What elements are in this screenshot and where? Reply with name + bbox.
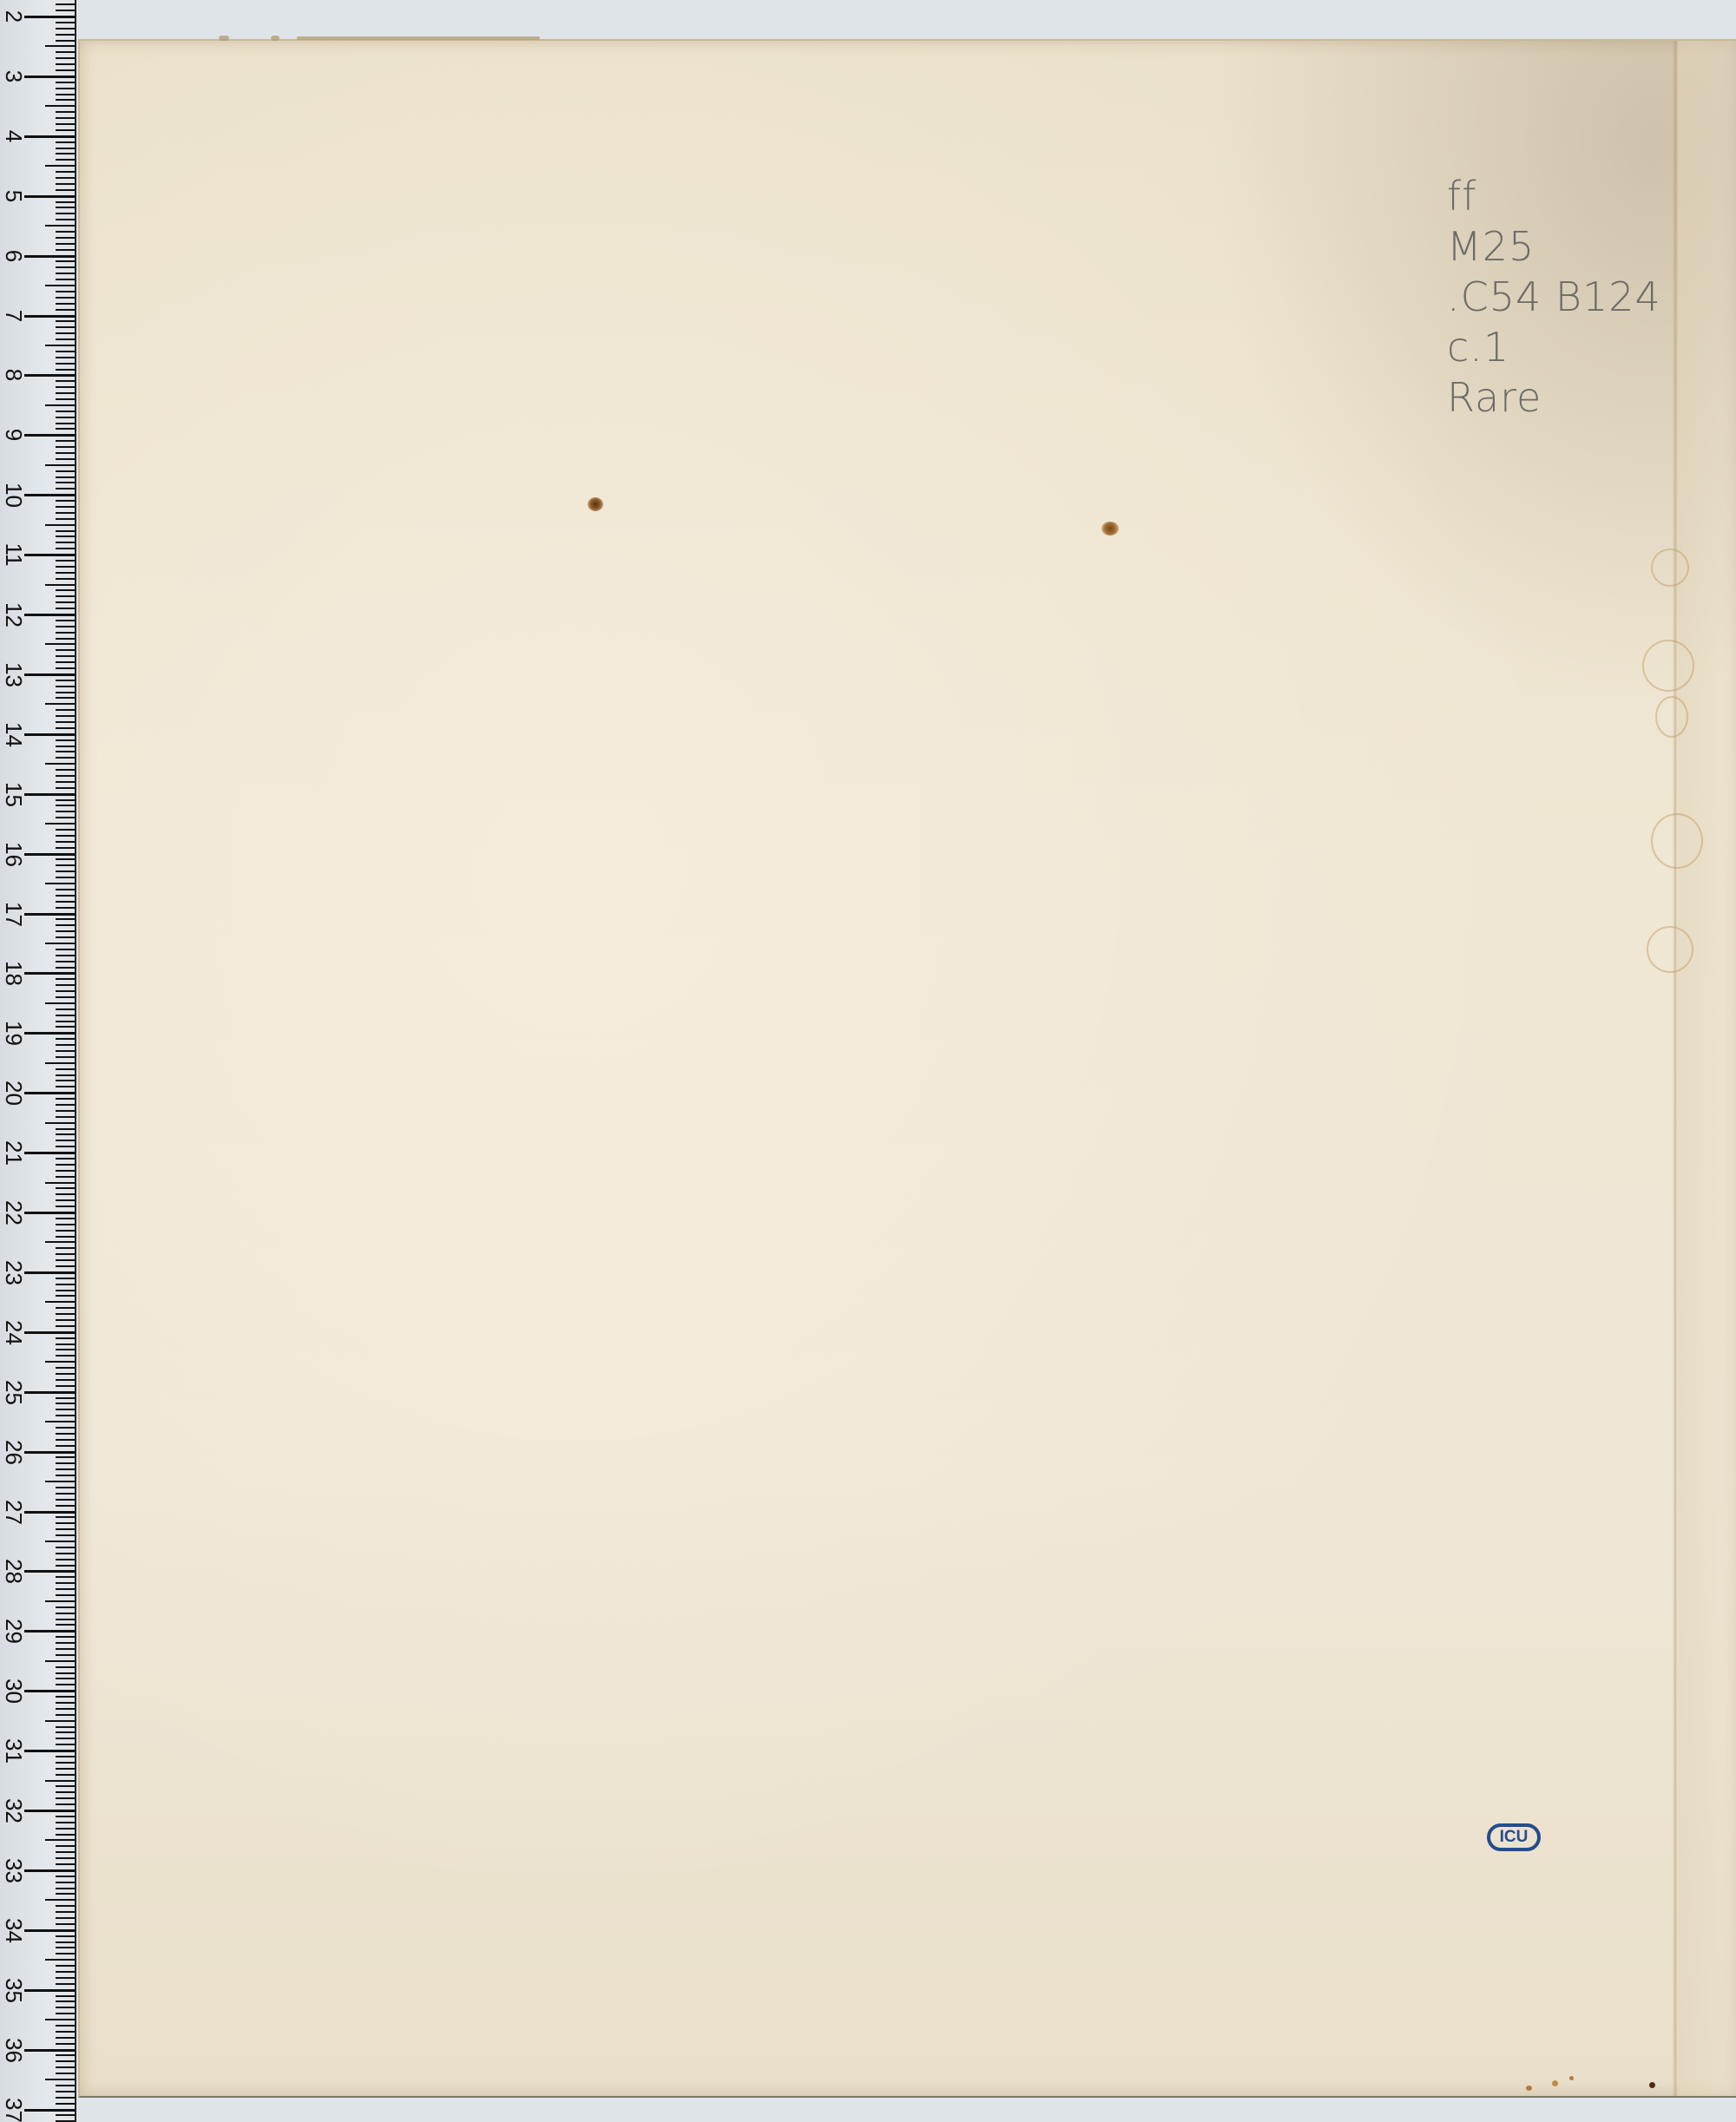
ruler-tick (56, 1445, 75, 1447)
ruler-tick (56, 1385, 75, 1387)
ruler-label: 28 (2, 1559, 26, 1583)
ruler-tick (56, 1325, 75, 1327)
ruler-tick (45, 1421, 75, 1422)
ruler-tick (56, 1731, 75, 1733)
ruler-tick (56, 512, 75, 514)
ruler-tick (56, 1505, 75, 1507)
ruler-tick (56, 542, 75, 543)
ruler-tick (24, 1690, 75, 1692)
ruler-tick (56, 1756, 75, 1757)
ruler-tick (56, 148, 75, 149)
ruler-tick (45, 1959, 75, 1961)
ruler-tick (56, 967, 75, 969)
ruler-tick (56, 111, 75, 113)
ruler-tick (56, 961, 75, 962)
ruler-tick (56, 1021, 75, 1022)
ruler-label: 19 (2, 1021, 26, 1045)
water-stain (1651, 549, 1689, 587)
ruler-tick (56, 661, 75, 663)
ruler-label: 12 (2, 602, 26, 627)
ruler-tick (56, 1230, 75, 1232)
ruler-tick (24, 1152, 75, 1154)
ruler-tick (56, 1977, 75, 1979)
ruler-tick (56, 1947, 75, 1948)
ruler-tick (56, 1828, 75, 1830)
ruler-tick (56, 1462, 75, 1464)
ruler-tick (56, 320, 75, 322)
ruler-tick (56, 171, 75, 173)
ruler-tick (56, 63, 75, 65)
ruler-tick (45, 1062, 75, 1064)
ruler-tick (56, 949, 75, 950)
ruler-label: 24 (2, 1320, 26, 1344)
ruler-tick (24, 1750, 75, 1752)
call-number-line: M25 (1447, 221, 1673, 272)
ruler-tick (56, 1768, 75, 1770)
ruler-tick (56, 1785, 75, 1787)
ruler-tick (56, 1367, 75, 1369)
call-number-line: .C54 B124 (1447, 272, 1673, 322)
ruler-tick (45, 45, 75, 47)
ruler-tick (56, 870, 75, 872)
ruler-tick (45, 823, 75, 824)
ruler-tick (56, 1876, 75, 1877)
ruler-label: 37 (2, 2098, 26, 2122)
ruler-tick (56, 57, 75, 59)
ruler-tick (56, 357, 75, 358)
ruler-tick (24, 195, 75, 198)
ruler-tick (56, 249, 75, 251)
ruler-tick (45, 1660, 75, 1662)
ruler-tick (56, 1791, 75, 1793)
ruler-tick (56, 1409, 75, 1410)
ruler-tick (24, 1929, 75, 1932)
ruler-label: 36 (2, 2038, 26, 2062)
ruler-label: 25 (2, 1380, 26, 1404)
ruler-tick (56, 829, 75, 831)
call-number-line: ff (1447, 171, 1673, 221)
ruler-label: 11 (2, 542, 26, 567)
ruler-tick (56, 1516, 75, 1518)
ruler-tick (56, 1493, 75, 1495)
ruler-tick (56, 1176, 75, 1178)
ruler-tick (56, 1373, 75, 1375)
ruler-tick (56, 757, 75, 759)
ruler-tick (24, 76, 75, 78)
ruler-tick (45, 883, 75, 884)
ruler-tick (24, 1271, 75, 1274)
ruler-tick (56, 1726, 75, 1728)
ruler-tick (45, 524, 75, 526)
ruler-tick (56, 2114, 75, 2116)
ruler-tick (56, 1893, 75, 1895)
ruler-tick (56, 2060, 75, 2062)
ruler-tick (56, 458, 75, 460)
ruler-label: 13 (2, 662, 26, 687)
ruler-tick (56, 423, 75, 424)
ruler-tick (56, 1905, 75, 1907)
ruler-tick (56, 518, 75, 520)
foxing-spot (1552, 2080, 1558, 2086)
ruler-tick (24, 733, 75, 736)
ruler-tick (56, 817, 75, 818)
ruler-tick (24, 1869, 75, 1872)
ruler-tick (56, 1666, 75, 1668)
ruler-tick (24, 255, 75, 258)
ruler-tick (56, 2000, 75, 2002)
ruler-tick (56, 1917, 75, 1919)
ruler-tick (56, 626, 75, 627)
ruler-tick (56, 452, 75, 454)
ruler-tick (56, 548, 75, 549)
ruler-tick (56, 82, 75, 83)
ruler-tick (56, 1146, 75, 1147)
ruler-label: 30 (2, 1679, 26, 1703)
ruler-tick (45, 285, 75, 286)
fold-flap (1678, 41, 1736, 2096)
ruler-tick (56, 566, 75, 568)
ruler-tick (24, 1092, 75, 1094)
ruler-tick (56, 243, 75, 245)
ruler-tick (56, 1164, 75, 1166)
ruler-tick (56, 69, 75, 71)
ruler-tick (56, 1594, 75, 1596)
ruler-label: 35 (2, 1978, 26, 2002)
ruler-tick (24, 1331, 75, 1334)
ruler-label: 31 (2, 1738, 26, 1763)
ruler-tick (56, 153, 75, 154)
ruler-tick (56, 1971, 75, 1973)
ruler-tick (56, 918, 75, 920)
ruler-tick (56, 398, 75, 400)
ruler-tick (56, 984, 75, 986)
ruler-tick (56, 727, 75, 729)
ruler-tick (56, 990, 75, 992)
ruler-tick (56, 1086, 75, 1087)
ruler-tick (56, 1128, 75, 1130)
water-stain (1651, 813, 1703, 869)
water-stain (1642, 640, 1694, 692)
ruler-tick (56, 589, 75, 591)
ruler-tick (56, 417, 75, 418)
ruler-tick (56, 1038, 75, 1040)
ruler-tick (56, 1278, 75, 1279)
ruler-tick (56, 858, 75, 860)
ruler-tick (56, 1499, 75, 1501)
ruler-label: 21 (2, 1140, 26, 1165)
ruler-tick (56, 392, 75, 394)
ruler-tick (56, 721, 75, 723)
ruler-label: 2 (2, 4, 26, 29)
ruler-tick (56, 1816, 75, 1817)
ruler-tick (56, 1708, 75, 1710)
ruler-tick (56, 40, 75, 42)
ruler-tick (56, 1534, 75, 1536)
ruler-tick (45, 2079, 75, 2080)
ruler-tick (24, 16, 75, 18)
ruler-label: 10 (2, 483, 26, 507)
ruler-tick (56, 578, 75, 580)
ruler-tick (45, 1839, 75, 1841)
ruler-tick (24, 793, 75, 796)
ruler-tick (56, 1284, 75, 1285)
ruler-tick (24, 1810, 75, 1812)
ruler-tick (56, 535, 75, 537)
edge-fray (219, 36, 229, 41)
ruler-tick (56, 996, 75, 998)
ruler-tick (56, 1343, 75, 1345)
ruler-tick (56, 237, 75, 239)
foxing-spot (588, 497, 603, 511)
ruler-tick (45, 1301, 75, 1303)
ruler-tick (56, 751, 75, 752)
ruler-tick (56, 686, 75, 687)
ruler-tick (56, 266, 75, 268)
ruler-tick (56, 2066, 75, 2068)
ruler-tick (56, 638, 75, 640)
ruler-label: 4 (2, 124, 26, 148)
ruler-tick (56, 1224, 75, 1225)
ruler-tick (56, 177, 75, 179)
ruler-tick (24, 1032, 75, 1035)
ruler-tick (24, 614, 75, 616)
edge-fray (271, 36, 279, 41)
ruler-tick (56, 697, 75, 699)
ruler-tick (56, 2091, 75, 2092)
ruler-tick (56, 219, 75, 220)
ruler-tick (56, 440, 75, 442)
ruler-tick (56, 1983, 75, 1985)
ruler-tick (45, 643, 75, 645)
ruler-tick (56, 1911, 75, 1913)
ruler-tick (56, 1553, 75, 1554)
ruler-tick (56, 907, 75, 909)
ruler-tick (56, 1851, 75, 1853)
ruler-tick (24, 673, 75, 676)
ruler-label: 5 (2, 184, 26, 208)
ruler-tick (56, 428, 75, 430)
ruler-tick (56, 1953, 75, 1954)
ruler-tick (56, 1313, 75, 1315)
foxing-spot (1101, 522, 1119, 535)
ruler-tick (56, 1684, 75, 1685)
ruler-tick (56, 1199, 75, 1201)
ruler-tick (56, 213, 75, 214)
ruler-tick (56, 1253, 75, 1255)
ruler-tick (56, 369, 75, 371)
ruler-tick (45, 1899, 75, 1901)
ruler-tick (56, 2007, 75, 2008)
ruler-tick (56, 273, 75, 274)
ruler-tick (56, 1522, 75, 1524)
measurement-ruler: 2345678910111213141516171819202122232425… (0, 0, 76, 2122)
ruler-tick (56, 1702, 75, 1704)
ruler-tick (24, 1391, 75, 1394)
ruler-tick (56, 500, 75, 502)
ruler-tick (24, 1451, 75, 1454)
ruler-tick (56, 1403, 75, 1404)
ruler-tick (45, 1361, 75, 1363)
ruler-tick (56, 1565, 75, 1567)
ruler-label: 9 (2, 423, 26, 447)
ruler-tick (56, 1236, 75, 1238)
water-stain (1647, 926, 1693, 973)
ruler-tick (56, 901, 75, 903)
ruler-tick (56, 1193, 75, 1195)
ruler-tick (56, 2097, 75, 2099)
ruler-tick (56, 51, 75, 53)
ruler-tick (56, 1247, 75, 1249)
ruler-tick (24, 2109, 75, 2112)
ruler-tick (45, 2019, 75, 2020)
ruler-tick (24, 1511, 75, 1514)
ruler-tick (56, 117, 75, 119)
water-stain (1655, 696, 1688, 738)
ruler-tick (56, 847, 75, 849)
ruler-tick (24, 853, 75, 856)
ruler-tick (56, 1259, 75, 1261)
ruler-tick (24, 434, 75, 437)
ruler-tick (56, 260, 75, 262)
ruler-tick (24, 1212, 75, 1214)
ruler-tick (24, 554, 75, 556)
ruler-tick (56, 1487, 75, 1488)
ruler-tick (56, 1696, 75, 1698)
ruler-tick (56, 291, 75, 292)
ruler-tick (56, 1714, 75, 1716)
foxing-spot (1649, 2082, 1655, 2088)
ruler-tick (56, 141, 75, 143)
ruler-tick (56, 1397, 75, 1399)
ruler-tick (56, 781, 75, 783)
ruler-tick (56, 506, 75, 508)
ruler-tick (56, 411, 75, 412)
ruler-tick (56, 805, 75, 806)
ruler-label: 3 (2, 64, 26, 89)
ruler-tick (56, 1822, 75, 1823)
ruler-tick (24, 494, 75, 496)
call-number-line: c.1 (1447, 322, 1673, 372)
ruler-tick (45, 404, 75, 406)
ruler-tick (56, 1606, 75, 1608)
ruler-tick (56, 1439, 75, 1441)
ruler-tick (56, 1170, 75, 1172)
ruler-tick (56, 1803, 75, 1805)
ruler-tick (56, 326, 75, 328)
ruler-tick (56, 680, 75, 681)
ruler-tick (56, 1582, 75, 1584)
call-number-annotation: ff M25 .C54 B124 c.1 Rare (1447, 171, 1673, 423)
ruler-tick (56, 231, 75, 233)
ruler-tick (56, 835, 75, 837)
ruler-tick (45, 763, 75, 765)
ruler-tick (56, 380, 75, 382)
ruler-tick (45, 943, 75, 944)
ruler-tick (45, 703, 75, 705)
foxing-spot (1526, 2086, 1532, 2091)
ruler-label: 32 (2, 1798, 26, 1823)
ruler-label: 33 (2, 1858, 26, 1882)
ruler-tick (24, 135, 75, 138)
ruler-tick (56, 1026, 75, 1028)
ruler-tick (56, 1619, 75, 1620)
ruler-tick (56, 930, 75, 932)
ruler-tick (45, 1122, 75, 1124)
ruler-tick (56, 1319, 75, 1321)
ruler-tick (56, 1110, 75, 1112)
ruler-tick (56, 1654, 75, 1656)
ruler-tick (56, 1068, 75, 1070)
ruler-tick (56, 88, 75, 89)
ruler-tick (56, 446, 75, 448)
ruler-tick (24, 972, 75, 975)
ruler-tick (56, 895, 75, 897)
ruler-tick (56, 1337, 75, 1339)
ruler-label: 8 (2, 363, 26, 387)
ruler-label: 7 (2, 304, 26, 328)
ruler-tick (56, 351, 75, 352)
ruler-label: 29 (2, 1619, 26, 1643)
ruler-tick (56, 787, 75, 789)
ruler-tick (24, 374, 75, 377)
ruler-tick (56, 1158, 75, 1160)
ruler-tick (56, 924, 75, 926)
ruler-tick (56, 709, 75, 711)
ruler-tick (45, 1780, 75, 1782)
ruler-tick (56, 1882, 75, 1883)
ruler-tick (56, 746, 75, 747)
ruler-tick (56, 799, 75, 801)
ruler-tick (56, 655, 75, 657)
ruler-tick (45, 1241, 75, 1243)
ruler-tick (56, 1355, 75, 1357)
ruler-tick (24, 913, 75, 916)
ruler-tick (24, 315, 75, 318)
ruler-tick (56, 1290, 75, 1291)
ruler-tick (56, 338, 75, 340)
edge-fray (297, 36, 540, 40)
ruler-tick (56, 1140, 75, 1141)
ruler-tick (56, 2054, 75, 2056)
ruler-tick (56, 2043, 75, 2045)
ruler-tick (56, 1965, 75, 1967)
ruler-tick (56, 1056, 75, 1058)
ruler-label: 27 (2, 1500, 26, 1524)
ruler-tick (45, 1541, 75, 1542)
ruler-tick (56, 2013, 75, 2014)
ruler-label: 22 (2, 1200, 26, 1225)
ruler-tick (56, 183, 75, 185)
ruler-tick (56, 1015, 75, 1016)
ruler-tick (56, 34, 75, 36)
ruler-tick (56, 2031, 75, 2033)
ruler-tick (56, 2085, 75, 2086)
foxing-spot (1569, 2076, 1574, 2080)
ruler-tick (56, 1528, 75, 1530)
ruler-tick (56, 22, 75, 23)
ruler-tick (56, 2025, 75, 2027)
ruler-tick (56, 1265, 75, 1267)
ruler-tick (56, 1050, 75, 1052)
ruler-tick (56, 94, 75, 95)
ruler-tick (24, 1570, 75, 1573)
ruler-tick (56, 309, 75, 311)
ruler-tick (56, 1456, 75, 1458)
ruler-label: 20 (2, 1081, 26, 1105)
ruler-tick (56, 386, 75, 388)
ruler-tick (56, 889, 75, 890)
ruler-tick (56, 1648, 75, 1650)
